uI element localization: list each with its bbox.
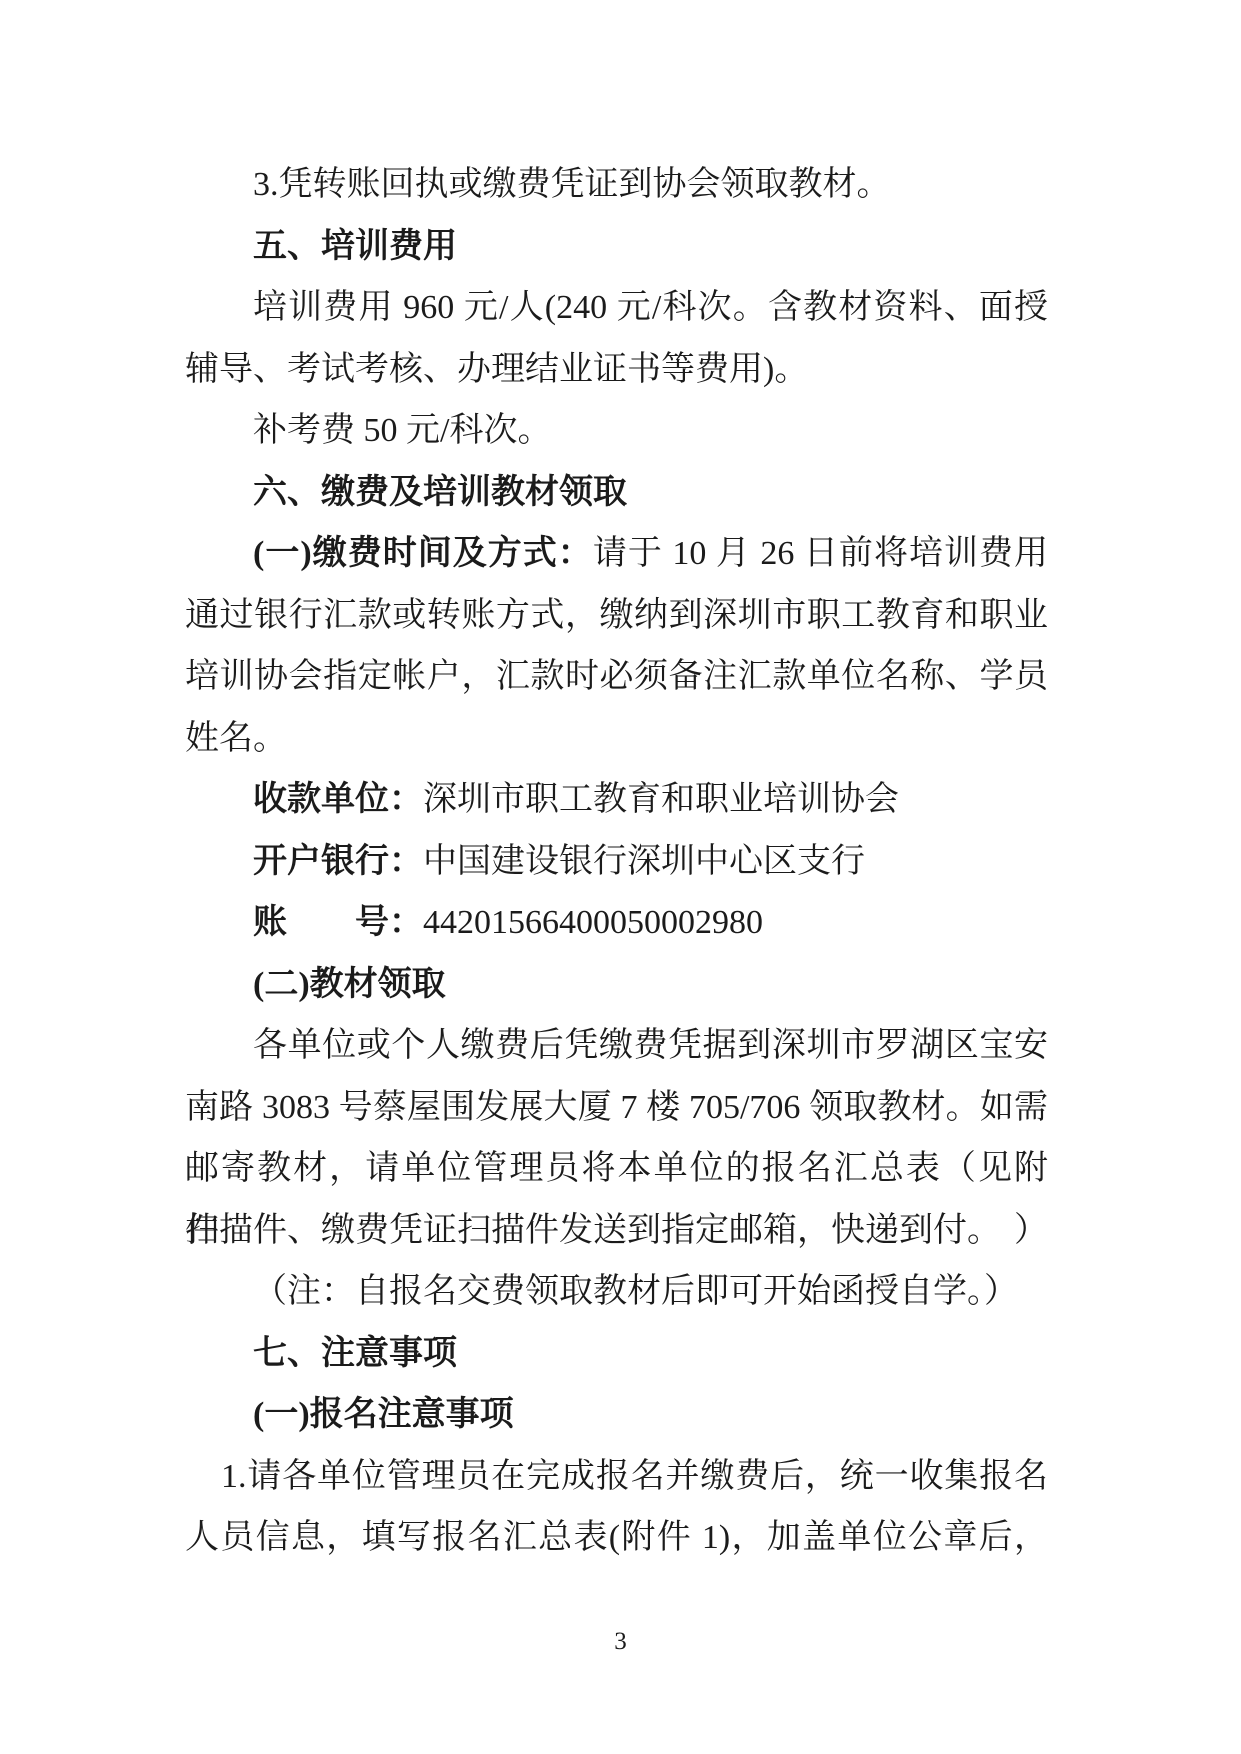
text-line: 六、缴费及培训教材领取: [185, 462, 1048, 524]
text-segment-bold: (一)报名注意事项: [253, 1396, 514, 1433]
text-line: (二)教材领取: [185, 954, 1048, 1016]
text-segment: 通过银行汇款或转账方式，缴纳到深圳市职工教育和职业: [185, 597, 1048, 634]
document-body: 3.凭转账回执或缴费凭证到协会领取教材。五、培训费用培训费用 960 元/人(2…: [185, 154, 1048, 1569]
text-segment: （注：自报名交费领取教材后即可开始函授自学。）: [253, 1273, 1018, 1310]
text-line: 通过银行汇款或转账方式，缴纳到深圳市职工教育和职业: [185, 585, 1048, 647]
text-segment-bold: 七、注意事项: [253, 1335, 457, 1372]
text-segment-bold: 账 号：: [253, 904, 423, 941]
text-segment-bold: (二)教材领取: [253, 966, 446, 1003]
text-line: 3.凭转账回执或缴费凭证到协会领取教材。: [185, 154, 1048, 216]
text-segment: 请于 10 月 26 日前将培训费用: [593, 535, 1048, 572]
text-segment: 44201566400050002980: [423, 904, 763, 941]
text-segment: 中国建设银行深圳中心区支行: [423, 843, 865, 880]
text-segment: 扫描件、缴费凭证扫描件发送到指定邮箱，快递到付。: [185, 1212, 1001, 1249]
text-line: 辅导、考试考核、办理结业证书等费用)。: [185, 339, 1048, 401]
text-line: 扫描件、缴费凭证扫描件发送到指定邮箱，快递到付。: [185, 1200, 1048, 1262]
text-segment: 人员信息，填写报名汇总表(附件 1)，加盖单位公章后，: [185, 1519, 1048, 1556]
text-segment: 1.请各单位管理员在完成报名并缴费后，统一收集报名: [221, 1458, 1048, 1495]
text-segment: 深圳市职工教育和职业培训协会: [423, 781, 899, 818]
text-segment-bold: 开户银行：: [253, 843, 423, 880]
text-line: 收款单位：深圳市职工教育和职业培训协会: [185, 769, 1048, 831]
text-segment: 辅导、考试考核、办理结业证书等费用)。: [185, 351, 808, 388]
text-line: 1.请各单位管理员在完成报名并缴费后，统一收集报名: [185, 1446, 1048, 1508]
text-segment: 姓名。: [185, 720, 287, 757]
document-page: 3.凭转账回执或缴费凭证到协会领取教材。五、培训费用培训费用 960 元/人(2…: [0, 0, 1241, 1754]
text-line: 邮寄教材，请单位管理员将本单位的报名汇总表（见附件）: [185, 1138, 1048, 1200]
text-segment-bold: 六、缴费及培训教材领取: [253, 474, 627, 511]
text-line: 各单位或个人缴费后凭缴费凭据到深圳市罗湖区宝安: [185, 1015, 1048, 1077]
page-number: 3: [0, 1622, 1241, 1662]
text-segment: 各单位或个人缴费后凭缴费凭据到深圳市罗湖区宝安: [253, 1027, 1048, 1064]
text-line: 补考费 50 元/科次。: [185, 400, 1048, 462]
text-line: 七、注意事项: [185, 1323, 1048, 1385]
text-segment: 南路 3083 号蔡屋围发展大厦 7 楼 705/706 领取教材。如需: [185, 1089, 1048, 1126]
text-line: 培训协会指定帐户，汇款时必须备注汇款单位名称、学员: [185, 646, 1048, 708]
text-line: 人员信息，填写报名汇总表(附件 1)，加盖单位公章后，: [185, 1507, 1048, 1569]
text-line: 培训费用 960 元/人(240 元/科次。含教材资料、面授: [185, 277, 1048, 339]
text-segment-bold: 五、培训费用: [253, 228, 457, 265]
text-segment-bold: 收款单位：: [253, 781, 423, 818]
text-segment: 培训费用 960 元/人(240 元/科次。含教材资料、面授: [253, 289, 1048, 326]
text-line: 南路 3083 号蔡屋围发展大厦 7 楼 705/706 领取教材。如需: [185, 1077, 1048, 1139]
text-segment-bold: (一)缴费时间及方式：: [253, 535, 593, 572]
text-line: 开户银行：中国建设银行深圳中心区支行: [185, 831, 1048, 893]
text-line: 账 号：44201566400050002980: [185, 892, 1048, 954]
text-line: (一)缴费时间及方式：请于 10 月 26 日前将培训费用: [185, 523, 1048, 585]
text-segment: 补考费 50 元/科次。: [253, 412, 551, 449]
text-segment: 培训协会指定帐户，汇款时必须备注汇款单位名称、学员: [185, 658, 1048, 695]
text-segment: 3.凭转账回执或缴费凭证到协会领取教材。: [253, 166, 891, 203]
text-line: 五、培训费用: [185, 216, 1048, 278]
text-line: (一)报名注意事项: [185, 1384, 1048, 1446]
text-line: 姓名。: [185, 708, 1048, 770]
text-line: （注：自报名交费领取教材后即可开始函授自学。）: [185, 1261, 1048, 1323]
